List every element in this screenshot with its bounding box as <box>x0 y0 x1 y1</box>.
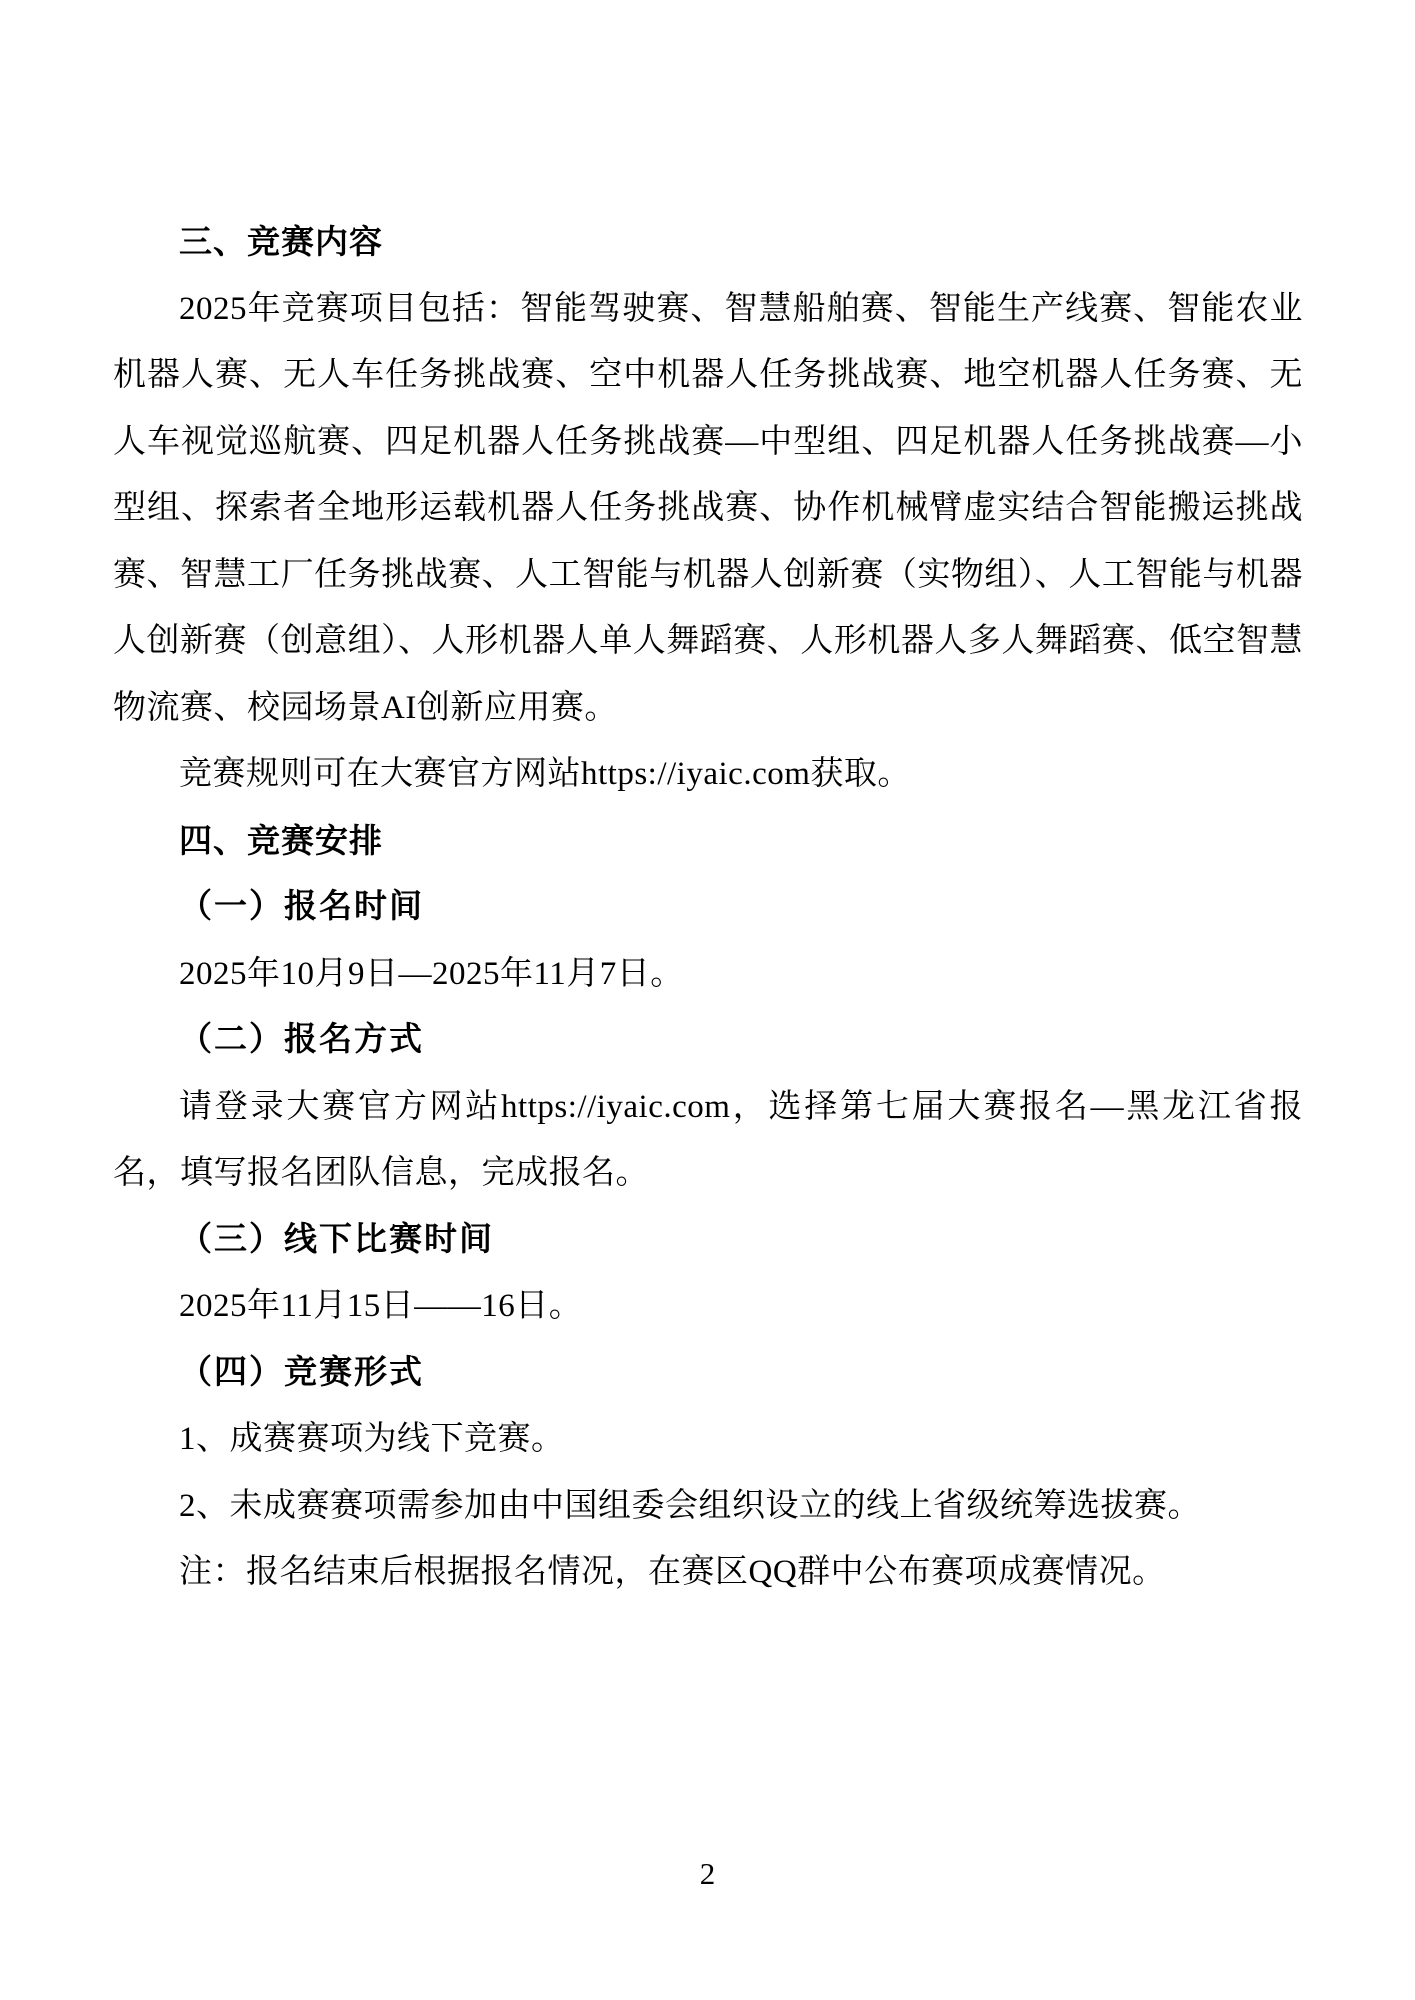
subheading-registration-method: （二）报名方式 <box>113 1007 1303 1074</box>
paragraph-competition-items: 2025年竞赛项目包括：智能驾驶赛、智慧船舶赛、智能生产线赛、智能农业机器人赛、… <box>113 276 1303 742</box>
document-body: 三、竞赛内容 2025年竞赛项目包括：智能驾驶赛、智慧船舶赛、智能生产线赛、智能… <box>113 209 1303 1606</box>
paragraph-format-item-2: 2、未成赛赛项需参加由中国组委会组织设立的线上省级统筹选拔赛。 <box>113 1473 1303 1540</box>
paragraph-rules-website: 竞赛规则可在大赛官方网站https://iyaic.com获取。 <box>113 741 1303 808</box>
subheading-registration-time: （一）报名时间 <box>113 874 1303 941</box>
paragraph-registration-method: 请登录大赛官方网站https://iyaic.com，选择第七届大赛报名—黑龙江… <box>113 1074 1303 1207</box>
subheading-competition-format: （四）竞赛形式 <box>113 1340 1303 1407</box>
section-heading-competition-arrangement: 四、竞赛安排 <box>113 808 1303 875</box>
section-heading-competition-content: 三、竞赛内容 <box>113 209 1303 276</box>
paragraph-format-note: 注：报名结束后根据报名情况，在赛区QQ群中公布赛项成赛情况。 <box>113 1539 1303 1606</box>
page-number: 2 <box>0 1852 1415 1896</box>
document-page: 三、竞赛内容 2025年竞赛项目包括：智能驾驶赛、智慧船舶赛、智能生产线赛、智能… <box>0 0 1415 2000</box>
subheading-offline-competition-time: （三）线下比赛时间 <box>113 1207 1303 1274</box>
paragraph-offline-competition-time: 2025年11月15日——16日。 <box>113 1273 1303 1340</box>
paragraph-format-item-1: 1、成赛赛项为线下竞赛。 <box>113 1406 1303 1473</box>
paragraph-registration-time: 2025年10月9日—2025年11月7日。 <box>113 941 1303 1008</box>
